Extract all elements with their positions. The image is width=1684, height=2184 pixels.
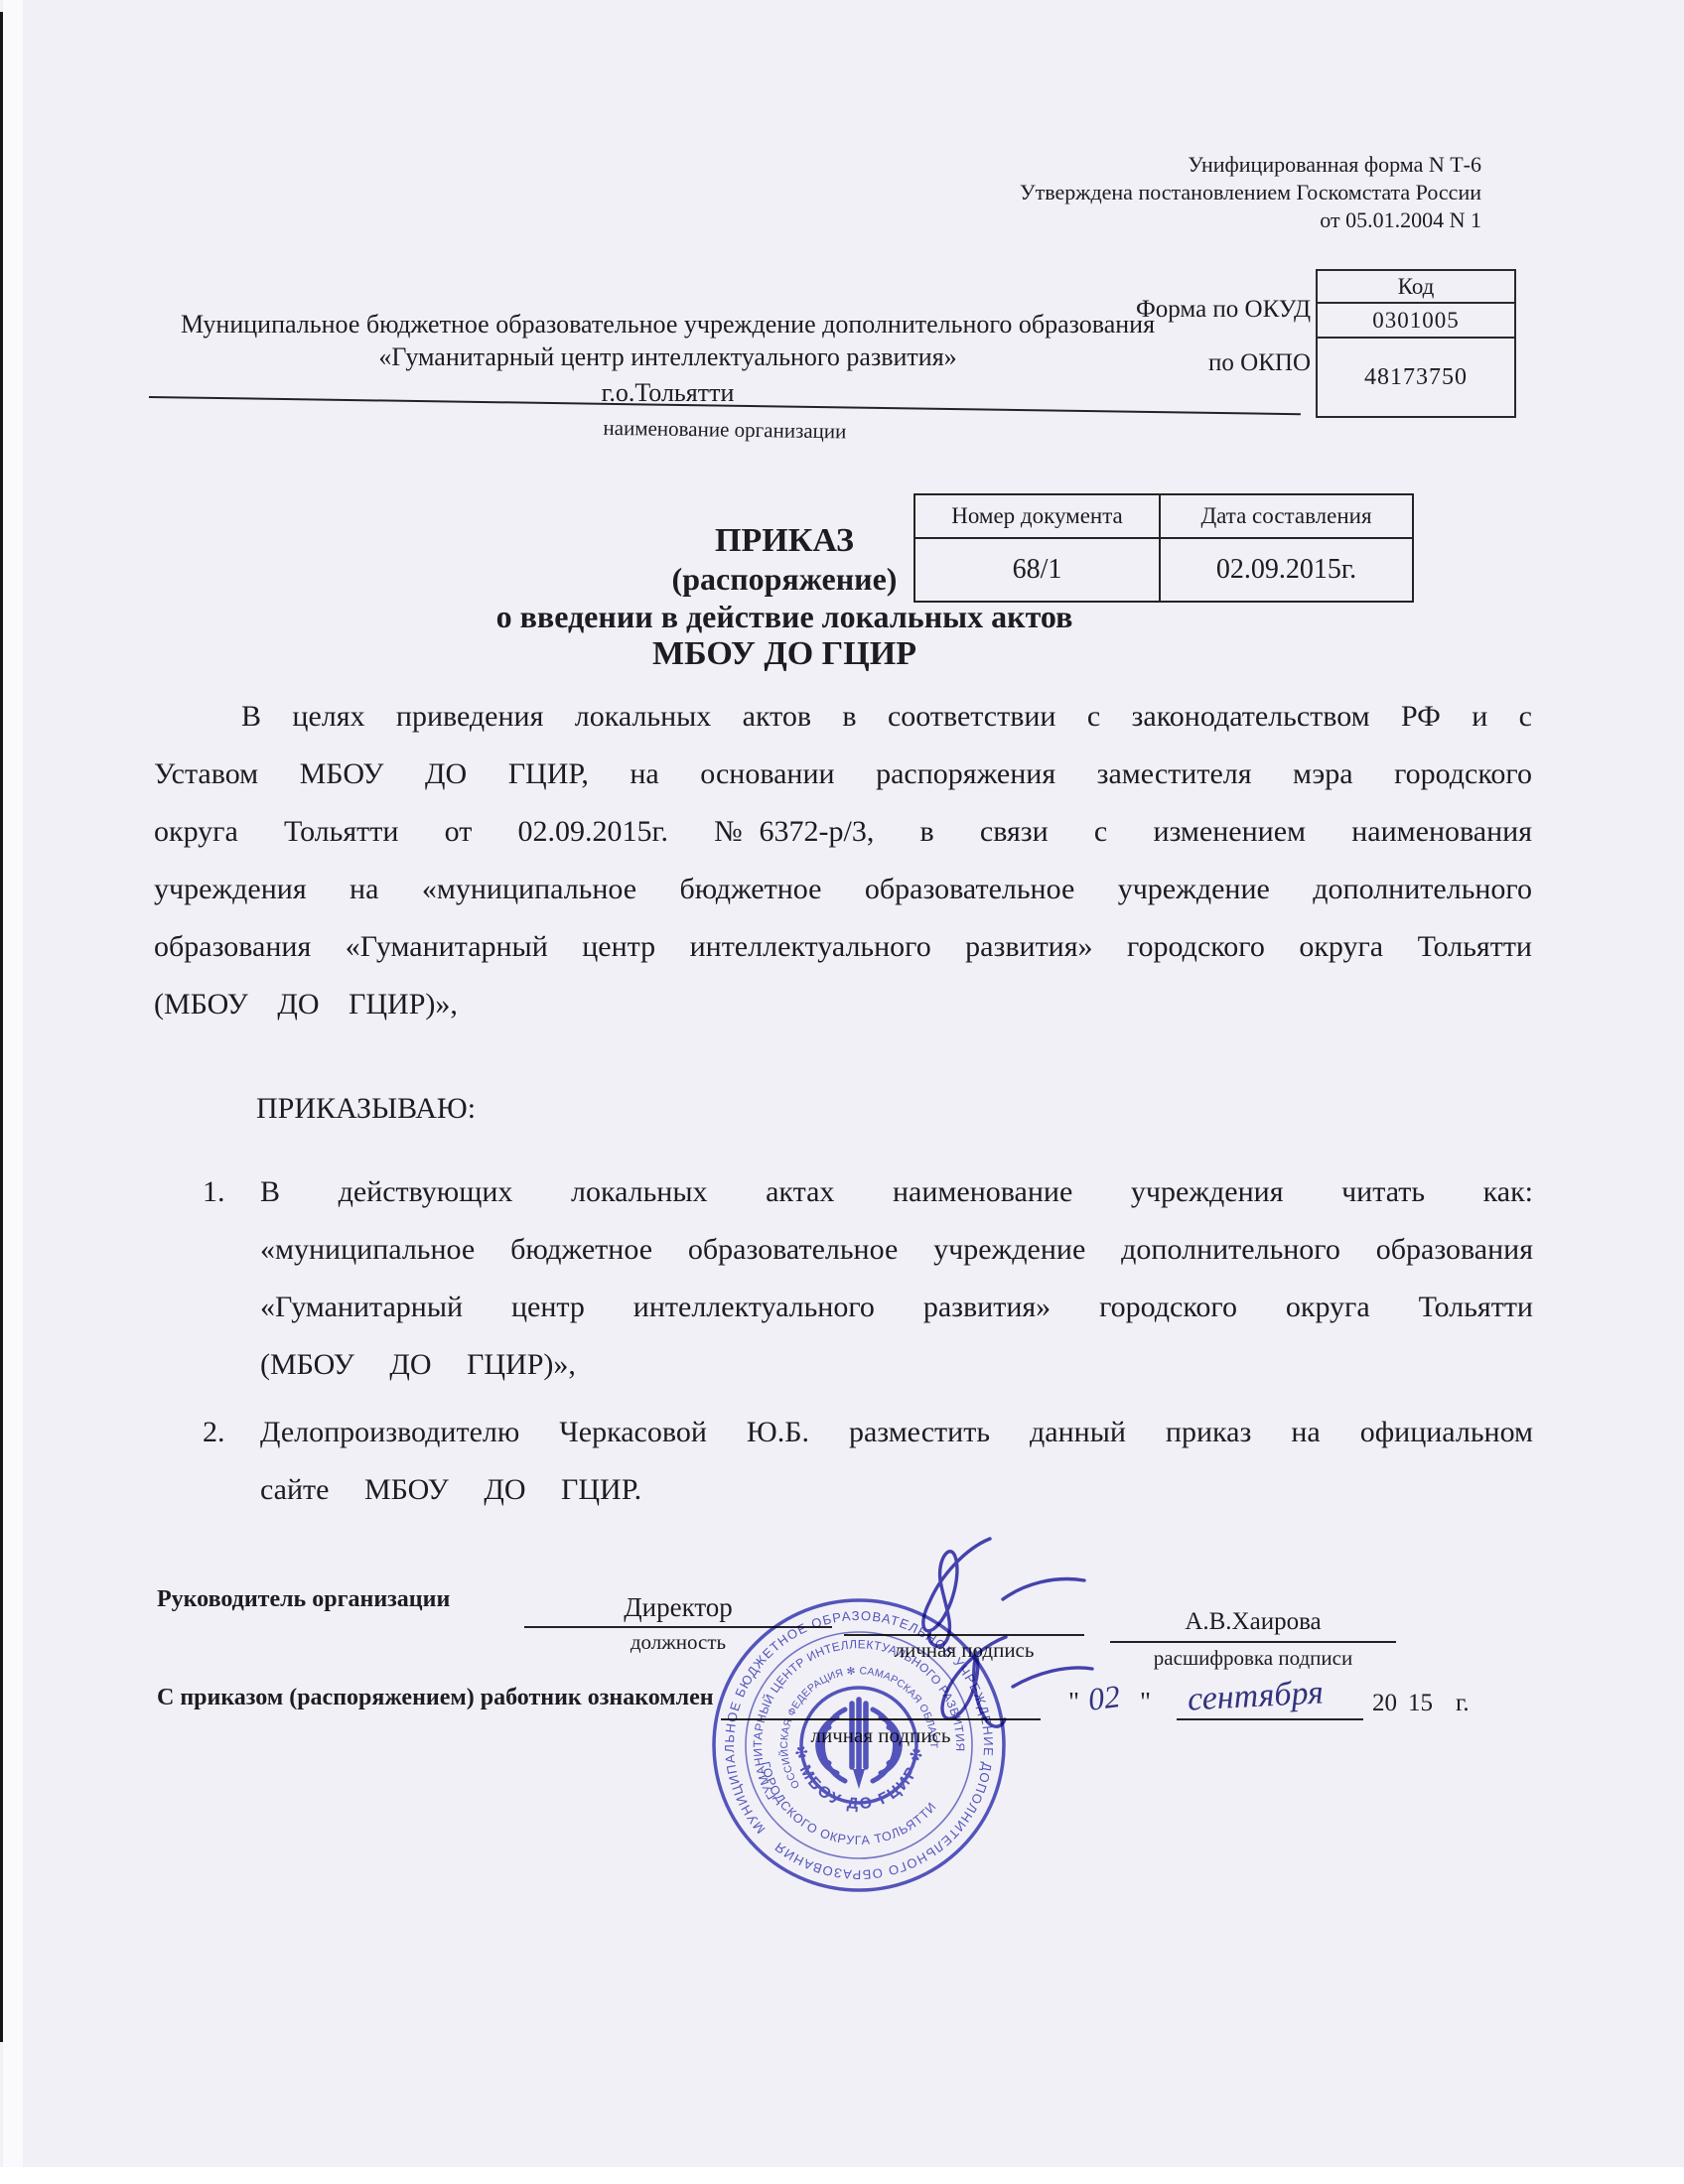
director-signature-flourish	[1003, 1579, 1084, 1599]
employee-signature	[942, 1637, 1006, 1726]
document-page: Унифицированная форма N Т-6 Утверждена п…	[0, 0, 1684, 2184]
employee-signature-flourish	[1013, 1668, 1092, 1687]
director-signature	[923, 1539, 990, 1646]
signatures-overlay	[0, 0, 1684, 2184]
